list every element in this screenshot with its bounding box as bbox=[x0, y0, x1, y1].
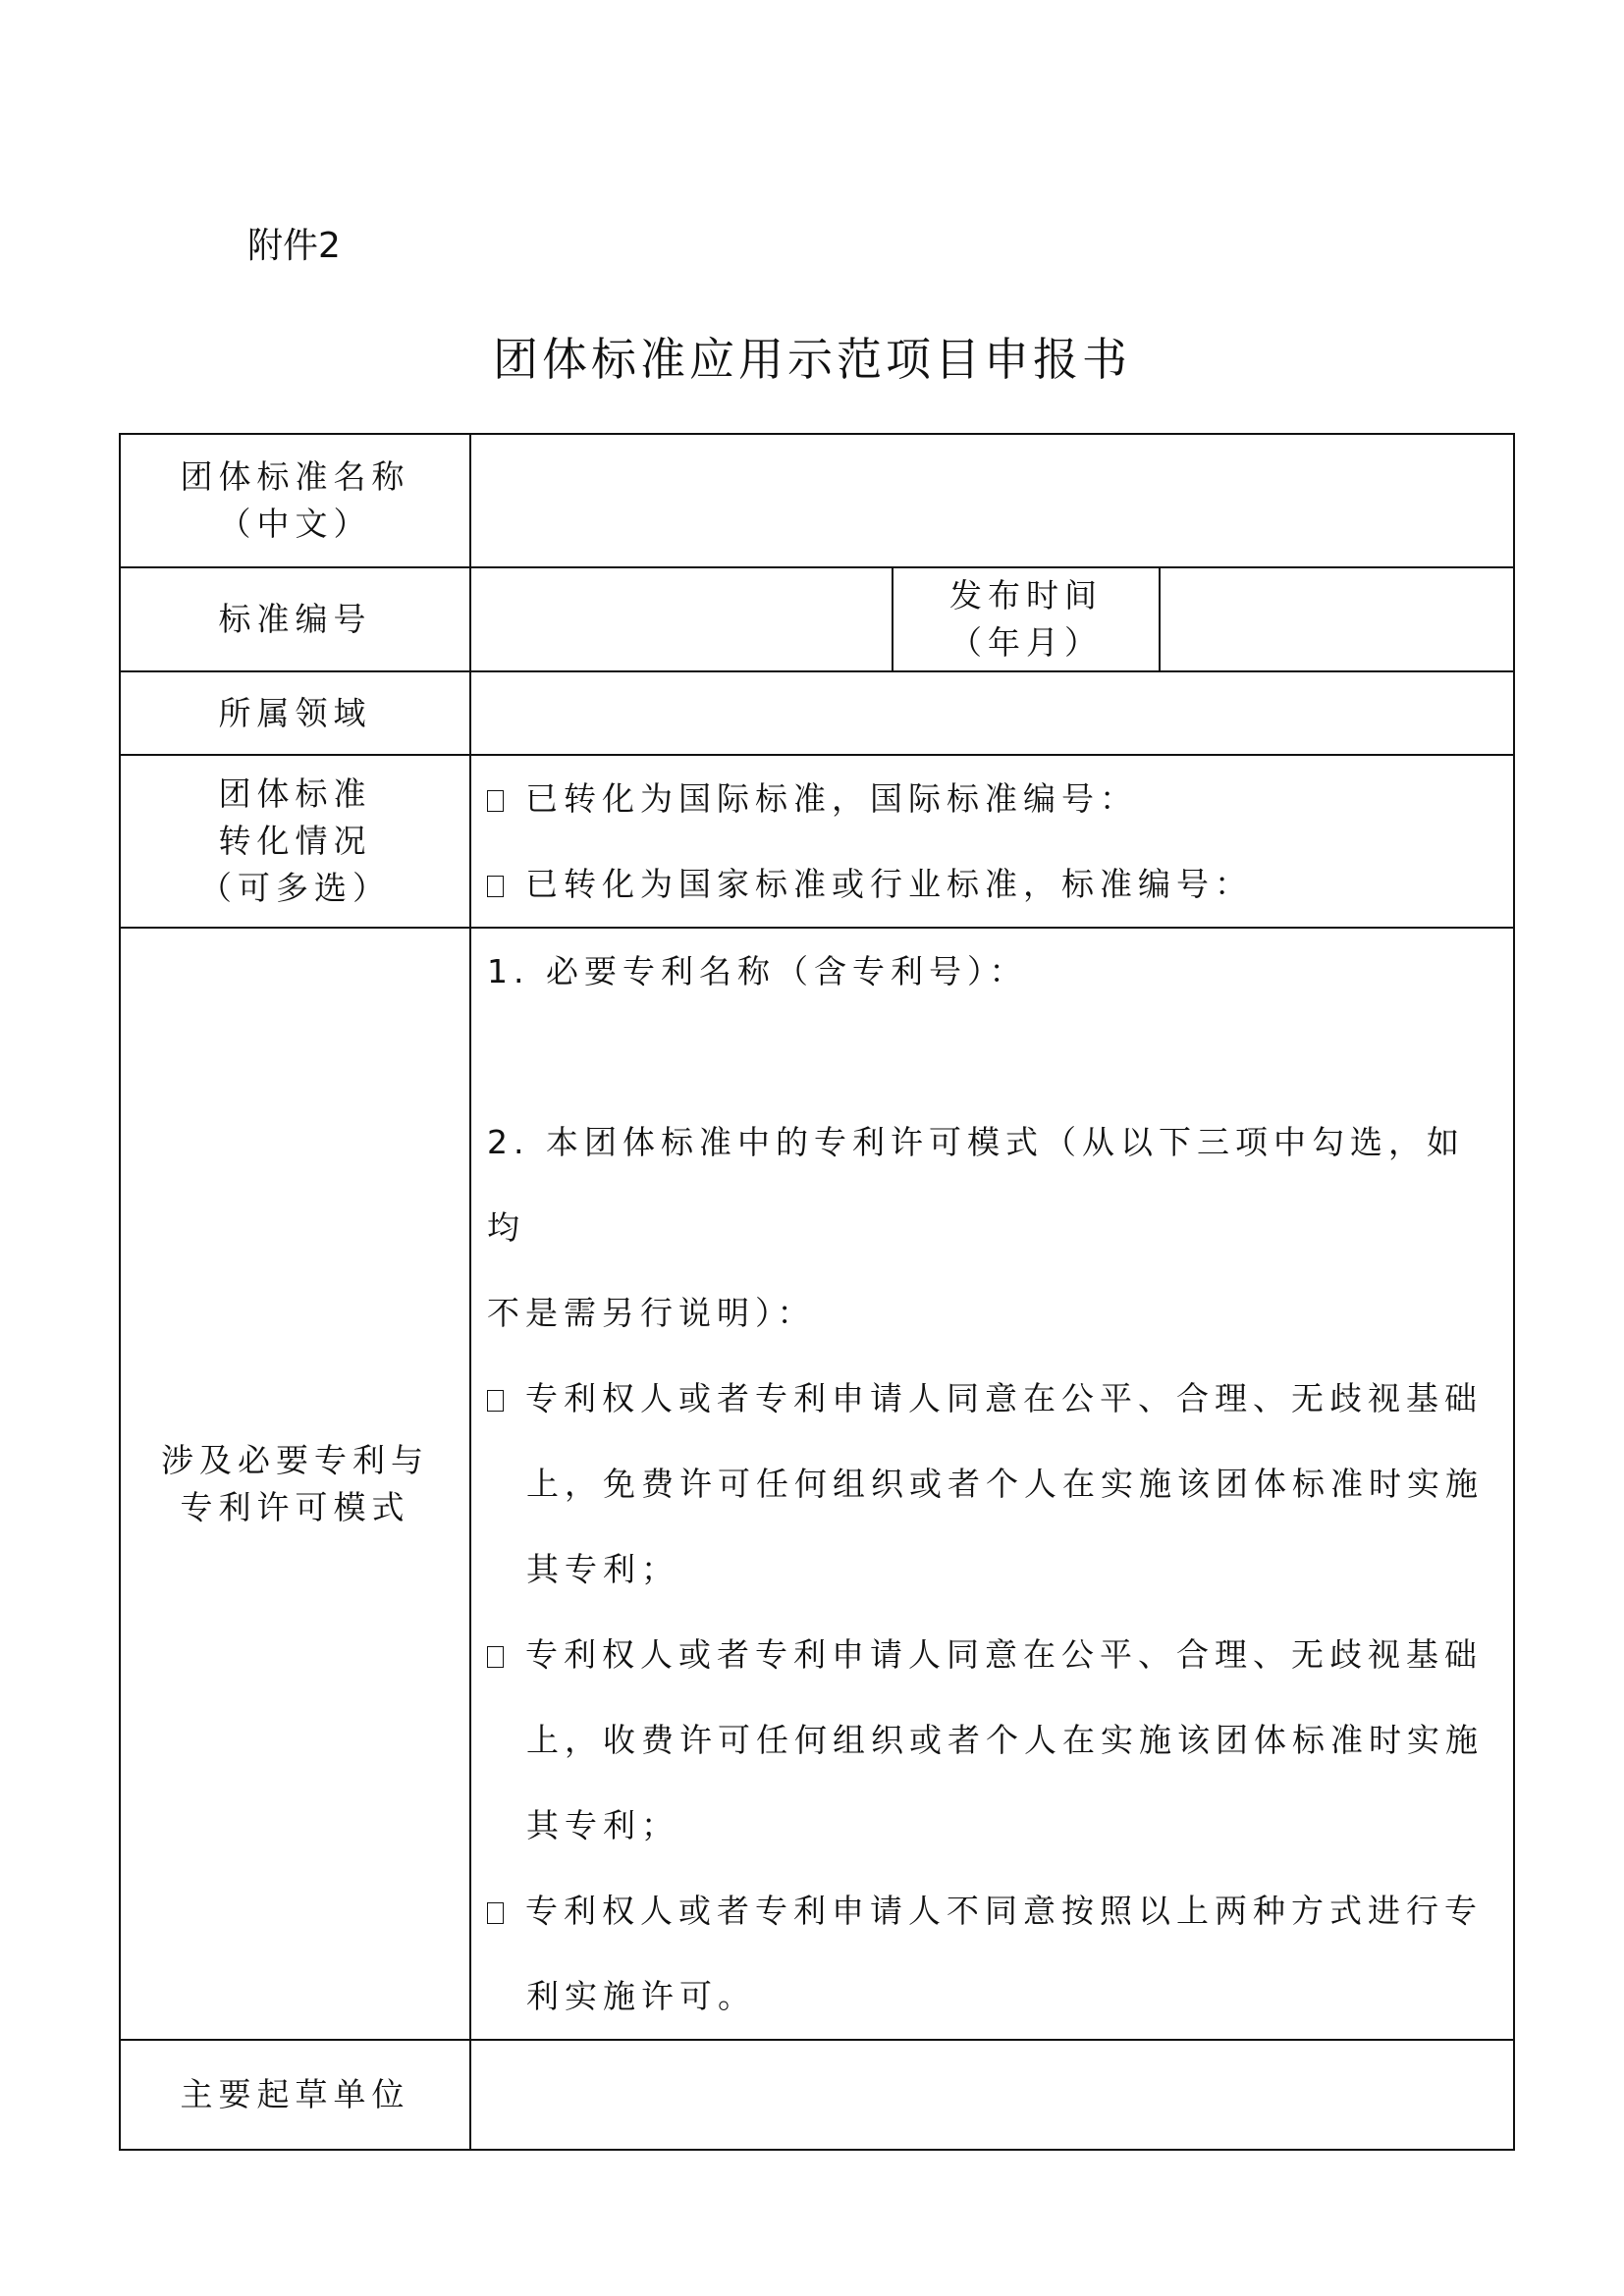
checkbox-icon[interactable] bbox=[487, 790, 504, 812]
field-input[interactable] bbox=[470, 671, 1514, 755]
label-standard-number: 标准编号 bbox=[120, 567, 470, 671]
checkbox-icon[interactable] bbox=[487, 876, 504, 897]
option-no-license[interactable]: 专利权人或者专利申请人不同意按照以上两种方式进行专 利实施许可。 bbox=[487, 1868, 1499, 2039]
checkbox-icon[interactable] bbox=[487, 1390, 504, 1412]
label-standard-name: 团体标准名称 （中文） bbox=[120, 434, 470, 567]
label-field: 所属领域 bbox=[120, 671, 470, 755]
conversion-options: 已转化为国际标准，国际标准编号： 已转化为国家标准或行业标准，标准编号： bbox=[470, 755, 1514, 928]
label-drafting-unit: 主要起草单位 bbox=[120, 2040, 470, 2150]
standard-name-field[interactable] bbox=[470, 434, 1514, 567]
option-international[interactable]: 已转化为国际标准，国际标准编号： bbox=[487, 756, 1499, 841]
standard-number-field[interactable] bbox=[470, 567, 893, 671]
page-title: 团体标准应用示范项目申报书 bbox=[0, 324, 1624, 389]
drafting-unit-field[interactable] bbox=[470, 2040, 1514, 2150]
patent-content: 1. 必要专利名称（含专利号）： 2. 本团体标准中的专利许可模式（从以下三项中… bbox=[470, 928, 1514, 2040]
option-free-license[interactable]: 专利权人或者专利申请人同意在公平、合理、无歧视基础 上，免费许可任何组织或者个人… bbox=[487, 1356, 1499, 1612]
attachment-label: 附件2 bbox=[247, 218, 341, 268]
option-national[interactable]: 已转化为国家标准或行业标准，标准编号： bbox=[487, 841, 1499, 927]
row-conversion: 团体标准 转化情况 （可多选） 已转化为国际标准，国际标准编号： 已转化为国家标… bbox=[120, 755, 1514, 928]
label-patents: 涉及必要专利与 专利许可模式 bbox=[120, 928, 470, 2040]
application-form-table: 团体标准名称 （中文） 标准编号 发布时间 （年月） 所属领域 团体标准 转化情… bbox=[119, 433, 1515, 2151]
checkbox-icon[interactable] bbox=[487, 1902, 504, 1924]
row-field: 所属领域 bbox=[120, 671, 1514, 755]
option-paid-license[interactable]: 专利权人或者专利申请人同意在公平、合理、无歧视基础 上，收费许可任何组织或者个人… bbox=[487, 1612, 1499, 1868]
row-standard-number: 标准编号 发布时间 （年月） bbox=[120, 567, 1514, 671]
patent-name-item: 1. 必要专利名称（含专利号）： bbox=[487, 929, 1499, 1014]
row-standard-name: 团体标准名称 （中文） bbox=[120, 434, 1514, 567]
checkbox-icon[interactable] bbox=[487, 1646, 504, 1668]
release-date-field[interactable] bbox=[1160, 567, 1514, 671]
row-drafting-unit: 主要起草单位 bbox=[120, 2040, 1514, 2150]
row-patents: 涉及必要专利与 专利许可模式 1. 必要专利名称（含专利号）： 2. 本团体标准… bbox=[120, 928, 1514, 2040]
label-conversion: 团体标准 转化情况 （可多选） bbox=[120, 755, 470, 928]
license-mode-item: 2. 本团体标准中的专利许可模式（从以下三项中勾选，如均 bbox=[487, 1099, 1499, 1270]
label-release-date: 发布时间 （年月） bbox=[893, 567, 1160, 671]
